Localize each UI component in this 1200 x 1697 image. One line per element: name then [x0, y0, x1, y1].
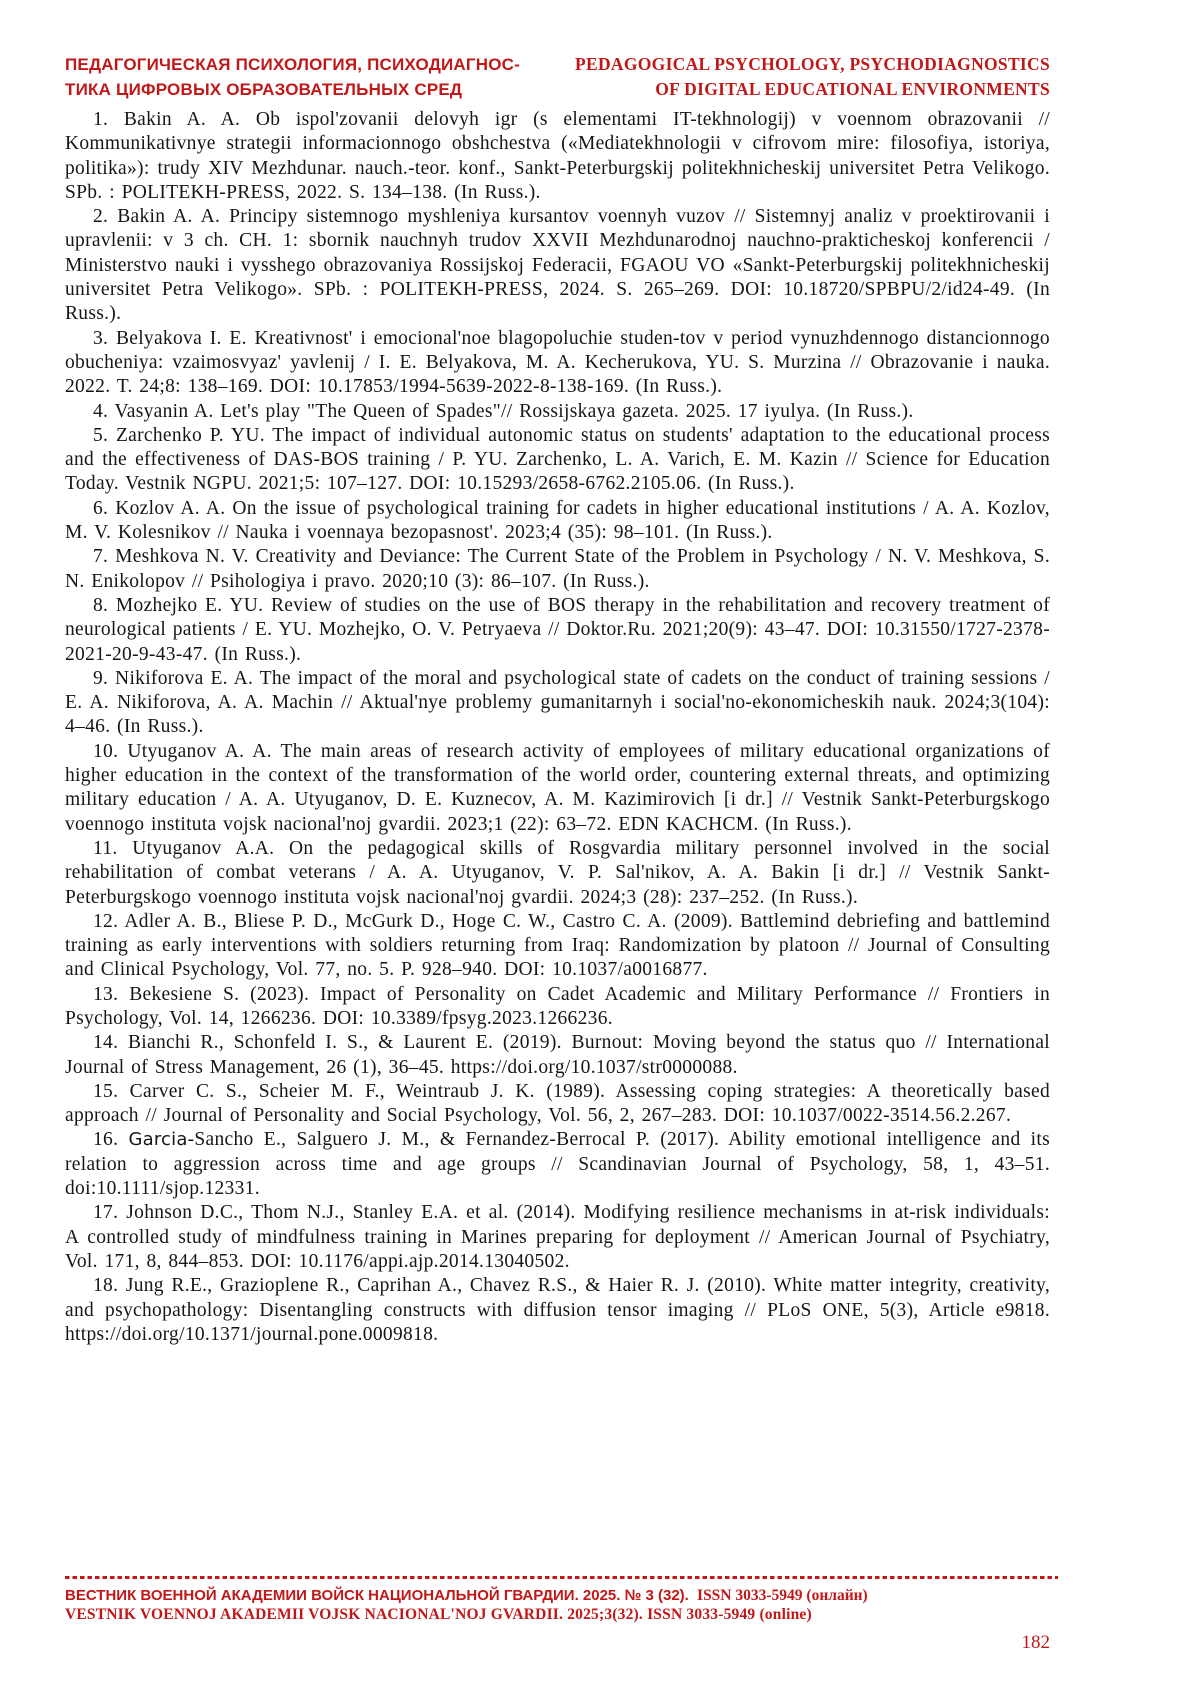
reference-text: 10. Utyuganov A. A. The main areas of re… [65, 741, 1050, 835]
reference-text: -Sancho E., Salguero J. M., & Fernandez-… [65, 1129, 1050, 1199]
reference-text: 2. Bakin A. A. Principy sistemnogo myshl… [65, 206, 1050, 324]
reference-item: 17. Johnson D.C., Thom N.J., Stanley E.A… [65, 1201, 1050, 1274]
page-footer: ВЕСТНИК ВОЕННОЙ АКАДЕМИИ ВОЙСК НАЦИОНАЛЬ… [65, 1576, 1058, 1654]
reference-text: 6. Kozlov A. A. On the issue of psycholo… [65, 498, 1050, 543]
reference-item: 14. Bianchi R., Schonfeld I. S., & Laure… [65, 1031, 1050, 1080]
reference-text: 14. Bianchi R., Schonfeld I. S., & Laure… [65, 1032, 1050, 1077]
reference-text: 11. Utyuganov A.A. On the pedagogical sk… [65, 838, 1050, 908]
reference-text: 15. Carver C. S., Scheier M. F., Weintra… [65, 1081, 1050, 1126]
reference-text: 8. Mozhejko E. YU. Review of studies on … [65, 595, 1050, 665]
journal-imprint-ru-issn: ISSN 3033-5949 (онлайн) [697, 1587, 868, 1604]
reference-text: 9. Nikiforova E. A. The impact of the mo… [65, 668, 1050, 738]
running-head-en-line2: OF DIGITAL EDUCATIONAL ENVIRONMENTS [575, 77, 1050, 102]
reference-text: 5. Zarchenko P. YU. The impact of indivi… [65, 425, 1050, 495]
reference-text: 13. Bekesiene S. (2023). Impact of Perso… [65, 984, 1050, 1029]
reference-text: 4. Vasyanin A. Let's play "The Queen of … [93, 401, 914, 422]
reference-text: 7. Meshkova N. V. Creativity and Devianc… [65, 546, 1050, 591]
reference-text: 18. Jung R.E., Grazioplene R., Caprihan … [65, 1275, 1050, 1345]
journal-imprint-ru-main: ВЕСТНИК ВОЕННОЙ АКАДЕМИИ ВОЙСК НАЦИОНАЛЬ… [65, 1587, 689, 1604]
references-list: 1. Bakin A. A. Ob ispol'zovanii delovyh … [65, 108, 1050, 1347]
reference-item: 13. Bekesiene S. (2023). Impact of Perso… [65, 983, 1050, 1032]
reference-text: 12. Adler A. B., Bliese P. D., McGurk D.… [65, 911, 1050, 981]
running-head-russian: ПЕДАГОГИЧЕСКАЯ ПСИХОЛОГИЯ, ПСИХОДИАГНОС-… [65, 52, 520, 102]
reference-item: 18. Jung R.E., Grazioplene R., Caprihan … [65, 1274, 1050, 1347]
page-number: 182 [65, 1632, 1058, 1654]
reference-item: 3. Belyakova I. E. Kreativnost' i emocio… [65, 327, 1050, 400]
reference-text-sans-segment: Garcia [128, 1129, 187, 1150]
reference-item: 9. Nikiforova E. A. The impact of the mo… [65, 667, 1050, 740]
journal-imprint-translit: VESTNIK VOENNOJ AKADEMII VOJSK NACIONAL'… [65, 1605, 1058, 1624]
running-head-english: PEDAGOGICAL PSYCHOLOGY, PSYCHODIAGNOSTIC… [575, 52, 1050, 102]
reference-item: 4. Vasyanin A. Let's play "The Queen of … [65, 400, 1050, 424]
reference-text: 16. [93, 1129, 128, 1150]
reference-text: 17. Johnson D.C., Thom N.J., Stanley E.A… [65, 1202, 1050, 1272]
reference-text: 3. Belyakova I. E. Kreativnost' i emocio… [65, 328, 1050, 398]
running-head-en-line1: PEDAGOGICAL PSYCHOLOGY, PSYCHODIAGNOSTIC… [575, 52, 1050, 77]
reference-item: 7. Meshkova N. V. Creativity and Devianc… [65, 545, 1050, 594]
journal-imprint-russian: ВЕСТНИК ВОЕННОЙ АКАДЕМИИ ВОЙСК НАЦИОНАЛЬ… [65, 1586, 1058, 1605]
reference-item: 15. Carver C. S., Scheier M. F., Weintra… [65, 1080, 1050, 1129]
reference-text: 1. Bakin A. A. Ob ispol'zovanii delovyh … [65, 109, 1050, 203]
running-head: ПЕДАГОГИЧЕСКАЯ ПСИХОЛОГИЯ, ПСИХОДИАГНОС-… [65, 52, 1050, 102]
running-head-ru-line2: ТИКА ЦИФРОВЫХ ОБРАЗОВАТЕЛЬНЫХ СРЕД [65, 77, 520, 102]
reference-item: 16. Garcia-Sancho E., Salguero J. M., & … [65, 1128, 1050, 1201]
reference-item: 12. Adler A. B., Bliese P. D., McGurk D.… [65, 910, 1050, 983]
reference-item: 6. Kozlov A. A. On the issue of psycholo… [65, 497, 1050, 546]
dotted-divider [65, 1576, 1058, 1579]
reference-item: 11. Utyuganov A.A. On the pedagogical sk… [65, 837, 1050, 910]
reference-item: 10. Utyuganov A. A. The main areas of re… [65, 740, 1050, 837]
reference-item: 2. Bakin A. A. Principy sistemnogo myshl… [65, 205, 1050, 326]
reference-item: 8. Mozhejko E. YU. Review of studies on … [65, 594, 1050, 667]
running-head-ru-line1: ПЕДАГОГИЧЕСКАЯ ПСИХОЛОГИЯ, ПСИХОДИАГНОС- [65, 52, 520, 77]
reference-item: 5. Zarchenko P. YU. The impact of indivi… [65, 424, 1050, 497]
journal-page: ПЕДАГОГИЧЕСКАЯ ПСИХОЛОГИЯ, ПСИХОДИАГНОС-… [0, 0, 1200, 1697]
reference-item: 1. Bakin A. A. Ob ispol'zovanii delovyh … [65, 108, 1050, 205]
